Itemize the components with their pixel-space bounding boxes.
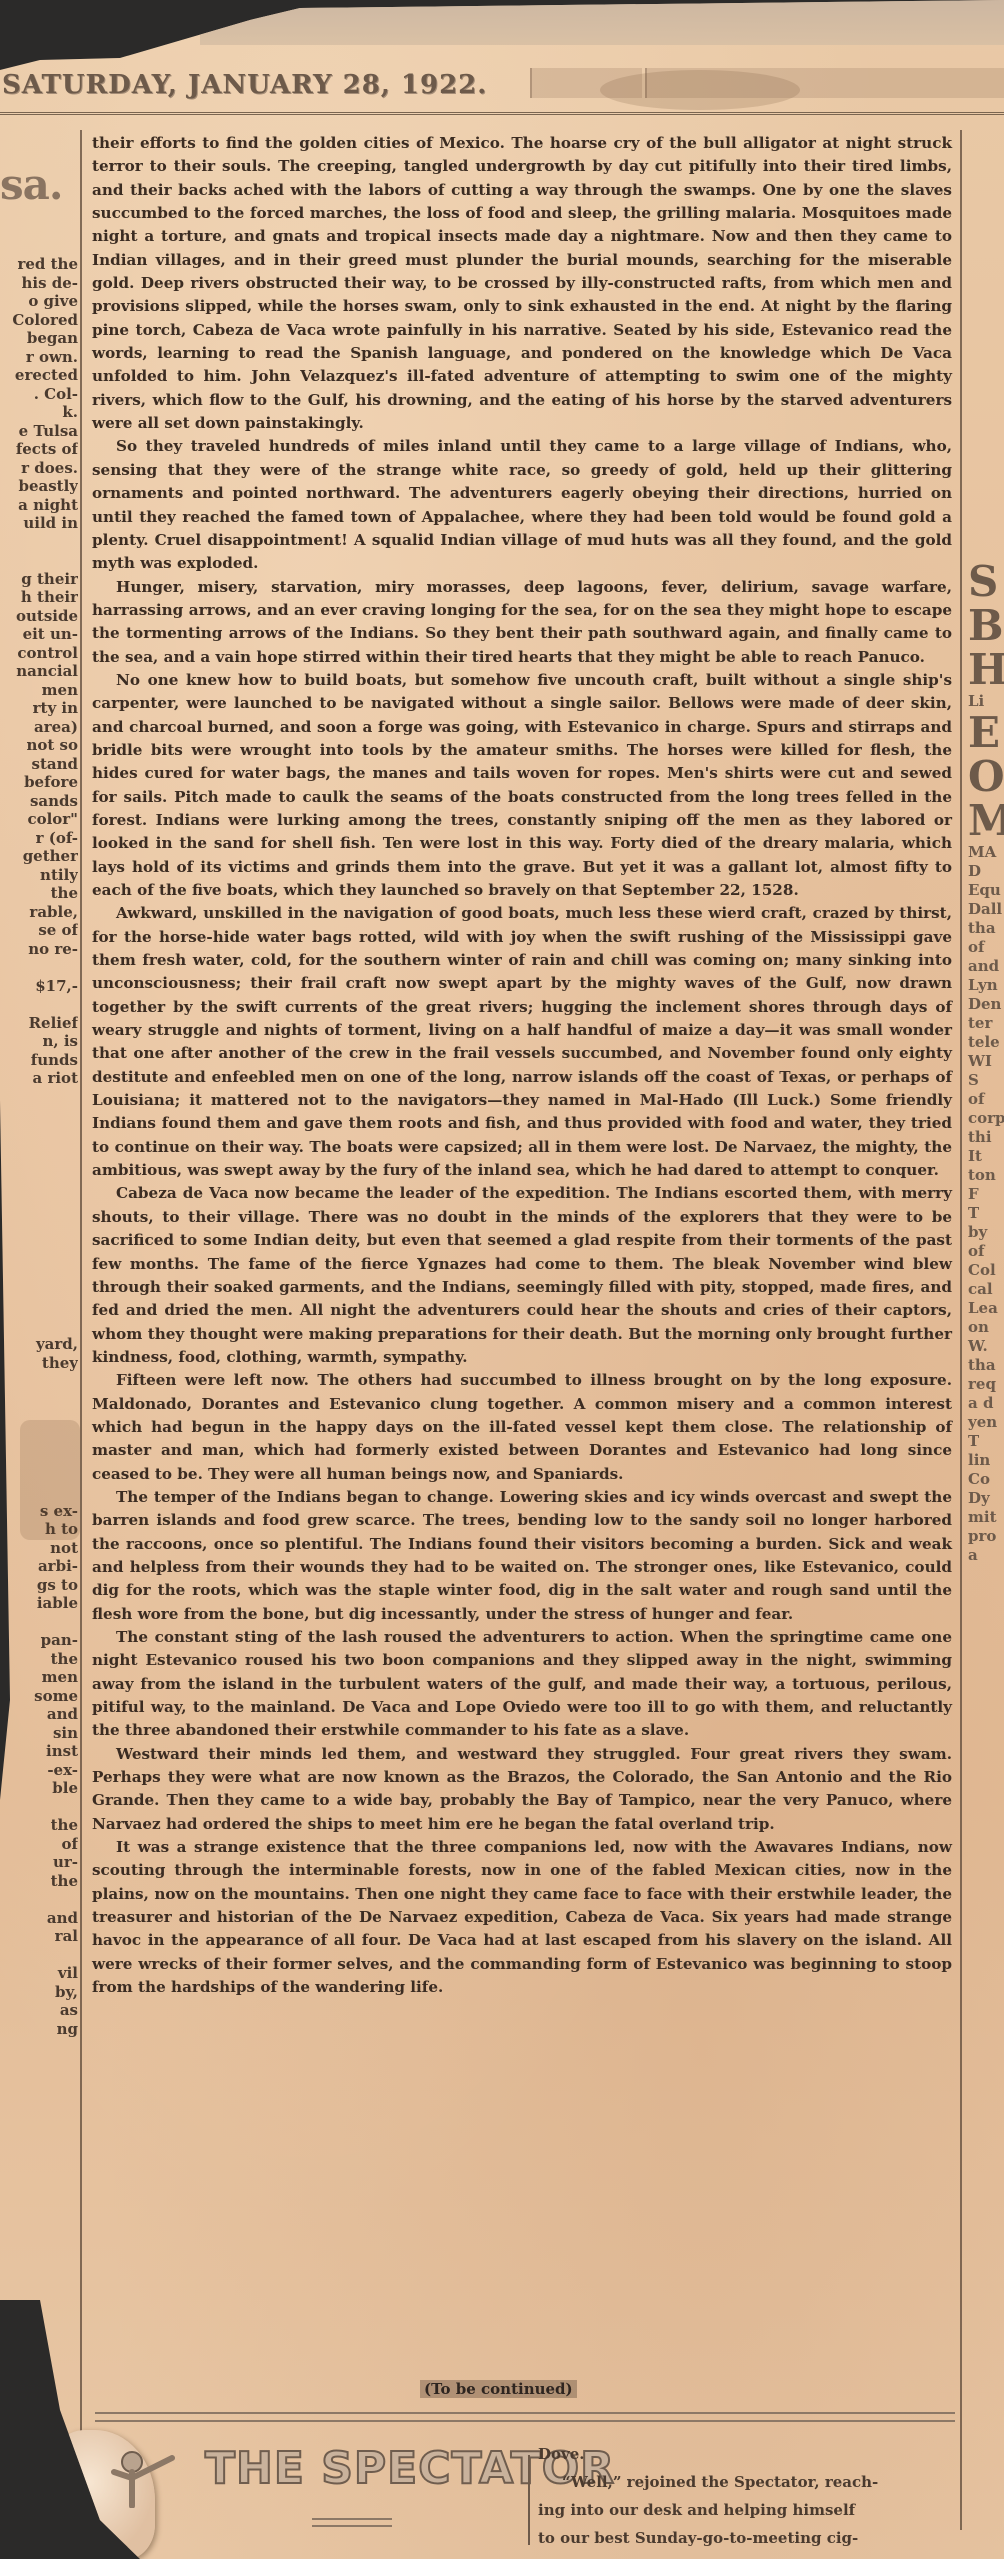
- fragment-line: and: [968, 957, 1004, 976]
- fragment-line: h their: [0, 588, 78, 607]
- fragment-line: ton: [968, 1166, 1004, 1185]
- fragment-line: T: [968, 1204, 1004, 1223]
- fragment-line: tha: [968, 919, 1004, 938]
- fragment-line: F: [968, 1185, 1004, 1204]
- dateline-bar: SATURDAY, JANUARY 28, 1922.: [0, 62, 1004, 115]
- fragment-line: color": [0, 810, 78, 829]
- fragment-line: E: [968, 711, 1004, 755]
- article-paragraph: No one knew how to build boats, but some…: [92, 669, 952, 902]
- fragment-line: MA: [968, 843, 1004, 862]
- fragment-line: req: [968, 1375, 1004, 1394]
- fragment-line: Co: [968, 1470, 1004, 1489]
- fragment-line: [0, 995, 78, 1014]
- article-paragraph: Fifteen were left now. The others had su…: [92, 1369, 952, 1486]
- fragment-line: r (of-: [0, 829, 78, 848]
- column-rule-left: [80, 130, 82, 2470]
- fragment-line: yard,: [0, 1335, 78, 1354]
- fragment-line: arbi-: [0, 1557, 78, 1576]
- fragment-line: Den: [968, 995, 1004, 1014]
- fragment-line: inst: [0, 1742, 78, 1761]
- article-paragraph: So they traveled hundreds of miles inlan…: [92, 435, 952, 575]
- fragment-line: a night: [0, 496, 78, 515]
- dateline: SATURDAY, JANUARY 28, 1922.: [2, 70, 487, 100]
- column-rule-right: [960, 130, 962, 2530]
- fragment-line: Col: [968, 1261, 1004, 1280]
- fragment-line: pro: [968, 1527, 1004, 1546]
- fragment-line: r own.: [0, 348, 78, 367]
- fragment-line: r does.: [0, 459, 78, 478]
- fragment-line: se of: [0, 921, 78, 940]
- article-paragraph: The constant sting of the lash roused th…: [92, 1626, 952, 1743]
- spectator-line: “Well,” rejoined the Spectator, reach-: [538, 2468, 958, 2496]
- fragment-line: [0, 1391, 78, 1410]
- fragment-line: ng: [0, 2020, 78, 2039]
- fragment-line: D: [968, 862, 1004, 881]
- fragment-line: a d: [968, 1394, 1004, 1413]
- spectator-line: ing into our desk and helping himself: [538, 2496, 958, 2524]
- fragment-line: [0, 1798, 78, 1817]
- fragment-line: vil: [0, 1964, 78, 1983]
- left-masthead-fragment: sa.: [0, 160, 62, 209]
- fragment-line: nancial: [0, 662, 78, 681]
- article-paragraph: The temper of the Indians began to chang…: [92, 1486, 952, 1626]
- fragment-line: [0, 1890, 78, 1909]
- fragment-line: of: [968, 1090, 1004, 1109]
- fragment-line: e Tulsa: [0, 422, 78, 441]
- article-paragraph: Awkward, unskilled in the navigation of …: [92, 902, 952, 1182]
- fragment-line: on: [968, 1318, 1004, 1337]
- fragment-line: corp: [968, 1109, 1004, 1128]
- fragment-line: rable,: [0, 903, 78, 922]
- fragment-line: . Col-: [0, 385, 78, 404]
- torn-top-edge: [200, 0, 1004, 45]
- fragment-line: before: [0, 773, 78, 792]
- fragment-line: $17,-: [0, 977, 78, 996]
- fragment-line: of: [0, 1835, 78, 1854]
- fragment-line: ble: [0, 1779, 78, 1798]
- fragment-line: of: [968, 938, 1004, 957]
- fragment-line: [0, 551, 78, 570]
- fragment-line: gs to: [0, 1576, 78, 1595]
- fragment-line: the: [0, 1872, 78, 1891]
- fragment-line: rty in: [0, 699, 78, 718]
- fragment-line: -ex-: [0, 1761, 78, 1780]
- fragment-line: of: [968, 1242, 1004, 1261]
- fragment-line: beastly: [0, 477, 78, 496]
- fragment-line: [0, 1946, 78, 1965]
- fragment-line: uild in: [0, 514, 78, 533]
- fragment-line: no re-: [0, 940, 78, 959]
- left-column-fragment: red thehis de-o giveColoredbeganr own.er…: [0, 255, 78, 1088]
- fragment-line: k.: [0, 403, 78, 422]
- fragment-line: they: [0, 1354, 78, 1373]
- fragment-line: iable: [0, 1594, 78, 1613]
- fragment-line: S: [968, 560, 1004, 604]
- fragment-line: Dy: [968, 1489, 1004, 1508]
- fragment-line: area): [0, 718, 78, 737]
- fragment-line: tha: [968, 1356, 1004, 1375]
- fragment-line: mit: [968, 1508, 1004, 1527]
- fragment-line: [0, 1372, 78, 1391]
- fragment-line: Colored: [0, 311, 78, 330]
- fragment-line: WI: [968, 1052, 1004, 1071]
- fragment-line: began: [0, 329, 78, 348]
- fragment-line: his de-: [0, 274, 78, 293]
- article-body: their efforts to find the golden cities …: [92, 132, 952, 2000]
- fragment-line: ur-: [0, 1853, 78, 1872]
- fragment-line: men: [0, 681, 78, 700]
- fragment-line: some: [0, 1687, 78, 1706]
- fragment-line: gether: [0, 847, 78, 866]
- fragment-line: pan-: [0, 1631, 78, 1650]
- fragment-line: by: [968, 1223, 1004, 1242]
- fragment-line: erected: [0, 366, 78, 385]
- fragment-line: S: [968, 1071, 1004, 1090]
- fragment-line: sin: [0, 1724, 78, 1743]
- fragment-line: ral: [0, 1927, 78, 1946]
- fragment-line: by,: [0, 1983, 78, 2002]
- spectator-figure-icon: [110, 2448, 180, 2508]
- fragment-line: tele: [968, 1033, 1004, 1052]
- fragment-line: red the: [0, 255, 78, 274]
- fragment-line: stand: [0, 755, 78, 774]
- fragment-line: not so: [0, 736, 78, 755]
- fragment-line: M: [968, 799, 1004, 843]
- spectator-divider: [312, 2518, 392, 2527]
- fragment-line: Equ: [968, 881, 1004, 900]
- fragment-line: ntily: [0, 866, 78, 885]
- article-paragraph: Westward their minds led them, and westw…: [92, 1743, 952, 1836]
- fragment-line: a riot: [0, 1069, 78, 1088]
- section-divider: [95, 2412, 955, 2422]
- fragment-line: and: [0, 1705, 78, 1724]
- to-be-continued: (To be continued): [420, 2380, 577, 2398]
- fragment-line: T: [968, 1432, 1004, 1451]
- fragment-line: H: [968, 648, 1004, 692]
- fragment-line: thi: [968, 1128, 1004, 1147]
- fragment-line: funds: [0, 1051, 78, 1070]
- fragment-line: [0, 958, 78, 977]
- fragment-line: eit un-: [0, 625, 78, 644]
- fragment-line: W.: [968, 1337, 1004, 1356]
- fragment-line: the: [0, 884, 78, 903]
- fragment-line: ter: [968, 1014, 1004, 1033]
- fragment-line: It: [968, 1147, 1004, 1166]
- fragment-line: Lea: [968, 1299, 1004, 1318]
- fragment-line: fects of: [0, 440, 78, 459]
- fragment-line: [0, 1613, 78, 1632]
- fragment-line: O: [968, 755, 1004, 799]
- fragment-line: sands: [0, 792, 78, 811]
- fragment-line: [0, 533, 78, 552]
- paper-stain: [20, 1420, 80, 1540]
- fragment-line: lin: [968, 1451, 1004, 1470]
- fragment-line: yen: [968, 1413, 1004, 1432]
- fragment-line: Dall: [968, 900, 1004, 919]
- fragment-line: Relief: [0, 1014, 78, 1033]
- spectator-line: Dove.: [538, 2440, 958, 2468]
- fragment-line: and: [0, 1909, 78, 1928]
- right-column-fragment: SBHLiEOMMADEquDallthaofandLynDenterteleW…: [968, 560, 1004, 1565]
- article-paragraph: It was a strange existence that the thre…: [92, 1836, 952, 1999]
- fragment-line: o give: [0, 292, 78, 311]
- fragment-line: as: [0, 2001, 78, 2020]
- fragment-line: men: [0, 1668, 78, 1687]
- article-paragraph: their efforts to find the golden cities …: [92, 132, 952, 435]
- fragment-line: g their: [0, 570, 78, 589]
- spectator-line: to our best Sunday-go-to-meeting cig-: [538, 2524, 958, 2552]
- fragment-line: Lyn: [968, 976, 1004, 995]
- fragment-line: outside: [0, 607, 78, 626]
- spectator-column-rule: [528, 2455, 530, 2545]
- fragment-line: not: [0, 1539, 78, 1558]
- fragment-line: the: [0, 1650, 78, 1669]
- fragment-line: n, is: [0, 1032, 78, 1051]
- article-paragraph: Cabeza de Vaca now became the leader of …: [92, 1182, 952, 1369]
- fragment-line: B: [968, 604, 1004, 648]
- fragment-line: a: [968, 1546, 1004, 1565]
- newspaper-clipping: SATURDAY, JANUARY 28, 1922. sa. red theh…: [0, 0, 1004, 2559]
- fragment-line: cal: [968, 1280, 1004, 1299]
- fragment-line: the: [0, 1816, 78, 1835]
- article-paragraph: Hunger, misery, starvation, miry morasse…: [92, 576, 952, 669]
- spectator-column: Dove. “Well,” rejoined the Spectator, re…: [538, 2440, 958, 2552]
- fragment-line: control: [0, 644, 78, 663]
- paper-stain: [600, 70, 800, 110]
